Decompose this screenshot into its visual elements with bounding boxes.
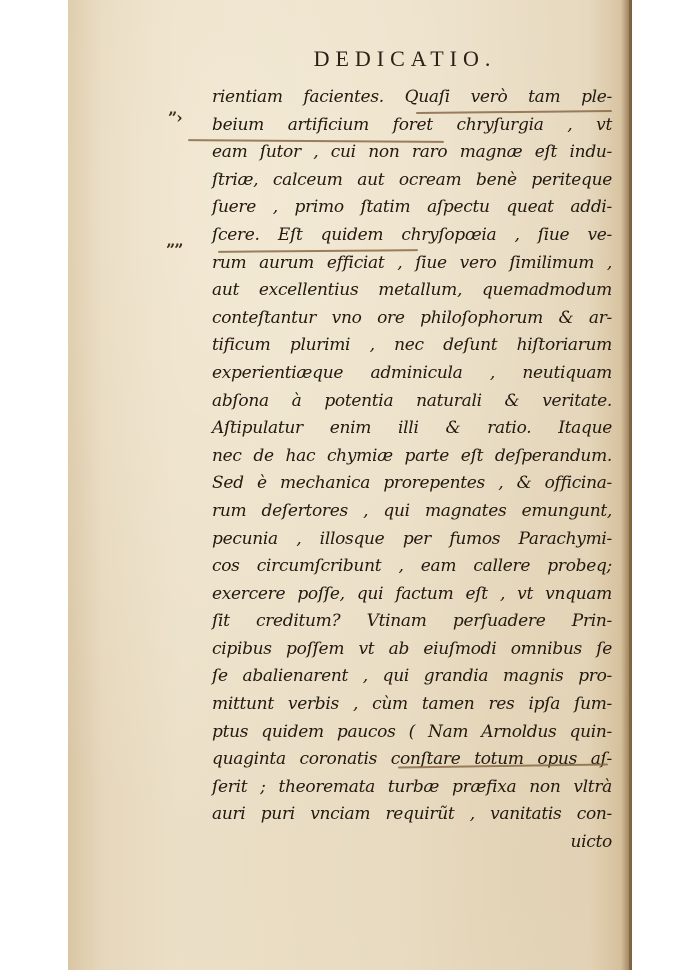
margin-mark-2: ”” (166, 240, 182, 259)
text-line: nec de hac chymiæ parte eſt deſperandum. (212, 443, 612, 471)
text-line: abſona à potentia naturali & veritate. (212, 388, 612, 416)
scanned-page-view: DEDICATIO. ”› ”” rientiam facientes. Qua… (0, 0, 690, 976)
text-line: exercere poſſe, qui factum eſt , vt vnqu… (212, 581, 612, 609)
text-line: Aſtipulatur enim illi & ratio. Itaque (212, 415, 612, 443)
book-page: DEDICATIO. ”› ”” rientiam facientes. Qua… (68, 0, 632, 970)
text-line: ſuere , primo ſtatim aſpectu queat addi- (212, 194, 612, 222)
running-header: DEDICATIO. (68, 46, 632, 72)
text-line: auri puri vnciam requirũt , vanitatis co… (212, 801, 612, 829)
text-line: mittunt verbis , cùm tamen res ipſa ſum- (212, 691, 612, 719)
text-line: conteſtantur vno ore philoſophorum & ar- (212, 305, 612, 333)
text-line: cipibus poſſem vt ab eiuſmodi omnibus ſe (212, 636, 612, 664)
text-line: ſerit ; theoremata turbæ præfixa non vlt… (212, 774, 612, 802)
margin-mark-1: ”› (168, 108, 182, 127)
text-line: quaginta coronatis conſtare totum opus a… (212, 746, 612, 774)
text-line: pecunia , illosque per fumos Parachymi- (212, 526, 612, 554)
text-line: experientiæque adminicula , neutiquam (212, 360, 612, 388)
text-line: ſit creditum? Vtinam perſuadere Prin- (212, 608, 612, 636)
text-line: tificum plurimi , nec deſunt hiſtoriarum (212, 332, 612, 360)
text-line: ſe abalienarent , qui grandia magnis pro… (212, 663, 612, 691)
text-line: cos circumſcribunt , eam callere probeq; (212, 553, 612, 581)
text-line: rientiam facientes. Quaſi verò tam ple- (212, 84, 612, 112)
text-line: aut excellentius metallum, quemadmodum (212, 277, 612, 305)
text-line: ptus quidem paucos ( Nam Arnoldus quin- (212, 719, 612, 747)
text-line: rum aurum efficiat , ſiue vero ſimilimum… (212, 250, 612, 278)
catchword: uicto (212, 829, 612, 857)
text-line: ſcere. Eſt quidem chryſopœia , ſiue ve- (212, 222, 612, 250)
text-line: beium artificium foret chryſurgia , vt (212, 112, 612, 140)
text-line: rum deſertores , qui magnates emungunt, (212, 498, 612, 526)
text-line: Sed è mechanica prorepentes , & officina… (212, 470, 612, 498)
text-line: ſtriæ, calceum aut ocream benè periteque (212, 167, 612, 195)
text-line: eam ſutor , cui non raro magnæ eſt indu- (212, 139, 612, 167)
body-text: rientiam facientes. Quaſi verò tam ple- … (212, 84, 612, 857)
